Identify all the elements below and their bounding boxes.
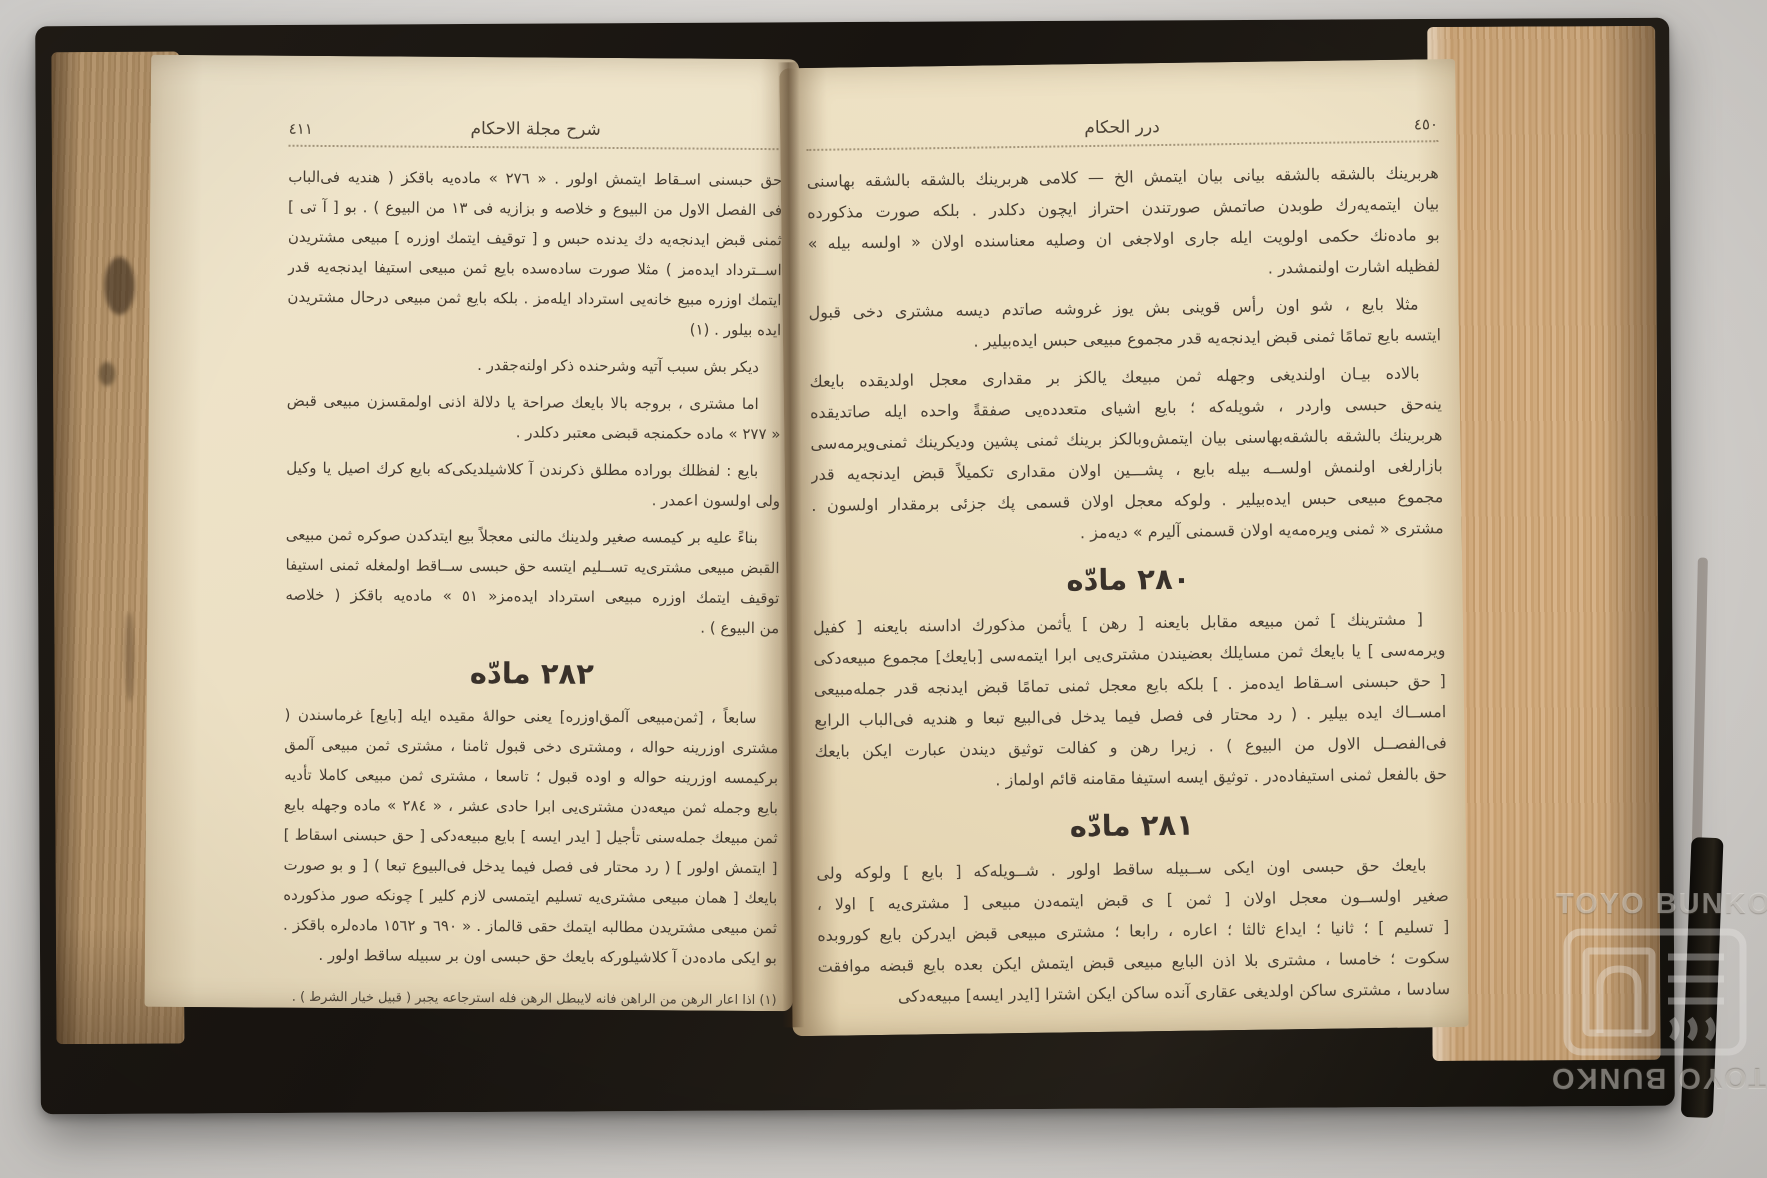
text-line: ايده بيلور . (١) (287, 312, 781, 345)
text-line: فى الفصل الاول من البيوع و خلاصه و بزازي… (288, 192, 782, 225)
text-line: ايتمك اوزره مبيع خانه‌يى استرداد ايله‌مز… (287, 282, 781, 315)
left-running-title: شرح مجلة الاحكام (359, 118, 713, 140)
paragraph: بايعك حق حبسى اون ايكى ســبيله ساقط اولو… (816, 849, 1450, 1013)
paragraph: [ مشترينك ] ثمن مبيعه مقابل بايعنه [ رهن… (813, 603, 1448, 798)
paragraph: مثلا بايع ، شو اون رأس قوينى بش يوز غروش… (808, 288, 1441, 359)
left-page-content: ٤١١ شرح مجلة الاحكام حق حبسنى اسـقاط ايت… (145, 55, 800, 1012)
text-line: من البيوع ) . (285, 610, 779, 643)
right-running-title: درر الحكام (876, 114, 1368, 141)
edge-stain (99, 362, 115, 386)
right-page: درر الحكام ٤٥٠ هربرينك بالشقه بالشقه بيا… (779, 59, 1468, 1036)
text-line: اســترداد ايده‌مز ) مثلا صورت ساده‌سده ب… (288, 252, 782, 285)
text-line: توقيف ايتمك اوزره مبيعى استرداد ايده‌مز«… (285, 580, 779, 613)
paragraph: بناءً عليه بر كيمسه صغير ولدينك مالنى مع… (285, 520, 780, 643)
left-page-text: حق حبسنى اسـقاط ايتمش اولور . « ٢٧٦ » ما… (282, 162, 782, 1013)
left-page-number: ٤١١ (289, 120, 359, 138)
text-line: ديكر بش سبب آتيه وشرحنده ذكر اولنه‌جقدر … (287, 349, 781, 382)
text-line: « ٢٧٧ » ماده حكمنجه قبضى معتبر دكلدر . (286, 416, 780, 449)
header-spacer (806, 141, 876, 142)
footnote: (١) اذا اعار الرهن من الراهن فانه لايبطل… (282, 986, 776, 1013)
right-page-number: ٤٥٠ (1368, 115, 1438, 134)
article-heading: ٢٨٢ مادّه (285, 655, 779, 692)
paragraph: بالاده بيـان اولنديغى وجهله ثمن مبيعك يا… (809, 357, 1444, 552)
paragraph: ديكر بش سبب آتيه وشرحنده ذكر اولنه‌جقدر … (287, 349, 781, 382)
text-line: [ ايتمش اولور ] ( رد محتار فى فصل فيما ي… (283, 850, 777, 883)
paragraph: حق حبسنى اسـقاط ايتمش اولور . « ٢٧٦ » ما… (287, 162, 782, 345)
right-page-content: درر الحكام ٤٥٠ هربرينك بالشقه بالشقه بيا… (779, 59, 1468, 1036)
article-heading: ٢٨٠ مادّه (812, 558, 1444, 601)
text-line: اما مشترى ، بروجه بالا بايعك صراحة يا دل… (287, 386, 781, 419)
text-line: القبض مبيعى مشترى‌يه تســليم ايتسه حق حب… (285, 550, 779, 583)
right-page-header: درر الحكام ٤٥٠ (806, 113, 1438, 151)
text-line: بناءً عليه بر كيمسه صغير ولدينك مالنى مع… (286, 520, 780, 553)
cover-strap (1681, 837, 1724, 1118)
text-line: حق حبسنى اسـقاط ايتمش اولور . « ٢٧٦ » ما… (288, 162, 782, 195)
paragraph: سابعاً ، [ثمن‌مبيعى آلمق‌اوزره] يعنى حوا… (283, 700, 779, 973)
left-page-header: ٤١١ شرح مجلة الاحكام (289, 118, 783, 150)
text-line: بو ايكى ماده‌دن آ كلاشيلوركه بايعك حق حب… (283, 940, 777, 973)
text-line: ثمنى قبض ايدنجه‌يه دك يدنده حبس و [ توقي… (288, 222, 782, 255)
text-line: ولى اولسون اعمدر . (286, 483, 780, 516)
paragraph: هربرينك بالشقه بالشقه بيانى بيان ايتمش ا… (807, 157, 1441, 290)
book-photograph: ٤١١ شرح مجلة الاحكام حق حبسنى اسـقاط ايت… (0, 0, 1767, 1178)
text-line: بركيمسه اوزرينه حواله و اوده قبول ؛ تاسع… (284, 760, 778, 793)
text-line: ثمن مبيعك جمله‌سنى تأجيل [ ايدر ايسه ] ب… (284, 820, 778, 853)
text-line: (١) اذا اعار الرهن من الراهن فانه لايبطل… (282, 986, 776, 1013)
left-page: ٤١١ شرح مجلة الاحكام حق حبسنى اسـقاط ايت… (145, 55, 800, 1012)
text-line: مشترى اوزرينه حواله ، ومشترى دخى قبول ثا… (284, 730, 778, 763)
text-line: بايعك [ همان مبيعى مشترى‌يه تسليم ايتمسى… (283, 880, 777, 913)
text-line: بايع وجمله ثمن ميعه‌دن مشترى‌يى ابرا حاد… (284, 790, 778, 823)
text-line: بايع : لفظلك بوراده مطلق ذكرندن آ كلاشيل… (286, 453, 780, 486)
edge-stain (124, 612, 134, 702)
paragraph: اما مشترى ، بروجه بالا بايعك صراحة يا دل… (286, 386, 780, 449)
right-page-text: هربرينك بالشقه بالشقه بيانى بيان ايتمش ا… (807, 157, 1451, 1013)
text-line: سابعاً ، [ثمن‌مبيعى آلمق‌اوزره] يعنى حوا… (284, 700, 778, 733)
text-line: ثمن مبيعى مشتريدن مطالبه ايتمك حقى قالما… (283, 910, 777, 943)
article-heading: ٢٨١ مادّه (816, 804, 1448, 847)
paragraph: بايع : لفظلك بوراده مطلق ذكرندن آ كلاشيل… (286, 453, 780, 516)
back-cover-edge (1692, 558, 1708, 858)
edge-stain (104, 257, 134, 315)
book-cover: ٤١١ شرح مجلة الاحكام حق حبسنى اسـقاط ايت… (35, 18, 1675, 1115)
